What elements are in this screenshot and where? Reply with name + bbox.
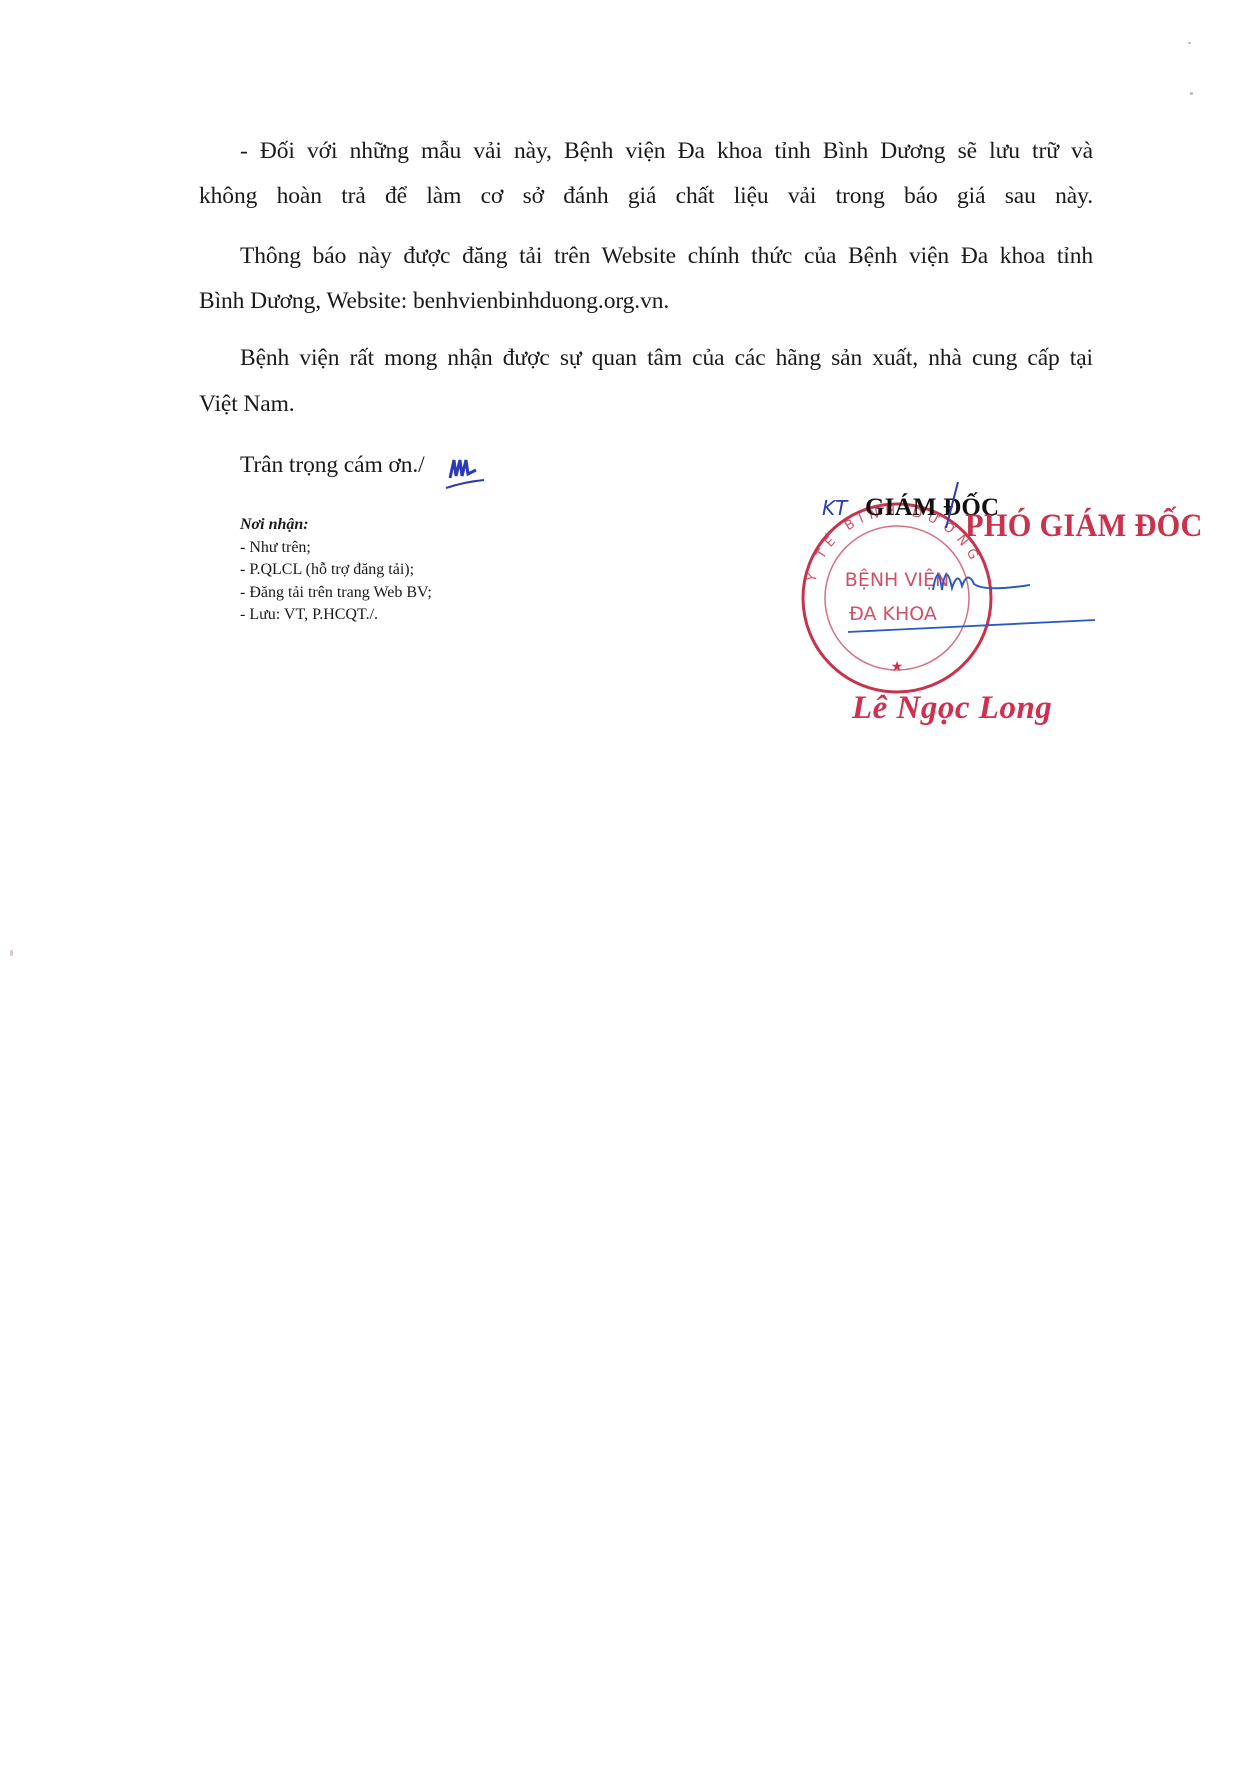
stamp-star-icon: ★ — [891, 660, 904, 675]
paragraph-3-line-2: Việt Nam. — [199, 391, 295, 418]
initials-ink-mark — [444, 452, 494, 492]
recipients-block: Nơi nhận: - Như trên; - P.QLCL (hỗ trợ đ… — [240, 514, 432, 627]
closing-line: Trân trọng cám ơn./ — [240, 452, 425, 479]
scan-speck — [1188, 42, 1191, 44]
recipient-item: - Lưu: VT, P.HCQT./. — [240, 604, 432, 627]
paragraph-2-line-1: Thông báo này được đăng tải trên Website… — [240, 243, 1093, 270]
recipients-label: Nơi nhận: — [240, 514, 432, 537]
scan-speck — [1190, 92, 1193, 95]
paragraph-1-line-2: không hoàn trả để làm cơ sở đánh giá chấ… — [199, 183, 1093, 210]
paragraph-1-line-1: - Đối với những mẫu vải này, Bệnh viện Đ… — [240, 138, 1093, 165]
paragraph-3-line-1: Bệnh viện rất mong nhận được sự quan tâm… — [240, 345, 1093, 372]
stamp-center-line-2: ĐA KHOA — [849, 603, 937, 625]
recipient-item: - P.QLCL (hỗ trợ đăng tải); — [240, 559, 432, 582]
stamp-center-line-1: BỆNH VIỆN — [845, 568, 949, 591]
signer-name: Lê Ngọc Long — [852, 690, 1052, 727]
paragraph-2-line-2: Bình Dương, Website: benhvienbinhduong.o… — [199, 288, 669, 315]
scan-speck — [10, 950, 13, 956]
kt-prefix: KT — [822, 496, 847, 520]
signature-subtitle: PHÓ GIÁM ĐỐC — [965, 508, 1203, 545]
recipient-item: - Như trên; — [240, 537, 432, 560]
recipient-item: - Đăng tải trên trang Web BV; — [240, 582, 432, 605]
